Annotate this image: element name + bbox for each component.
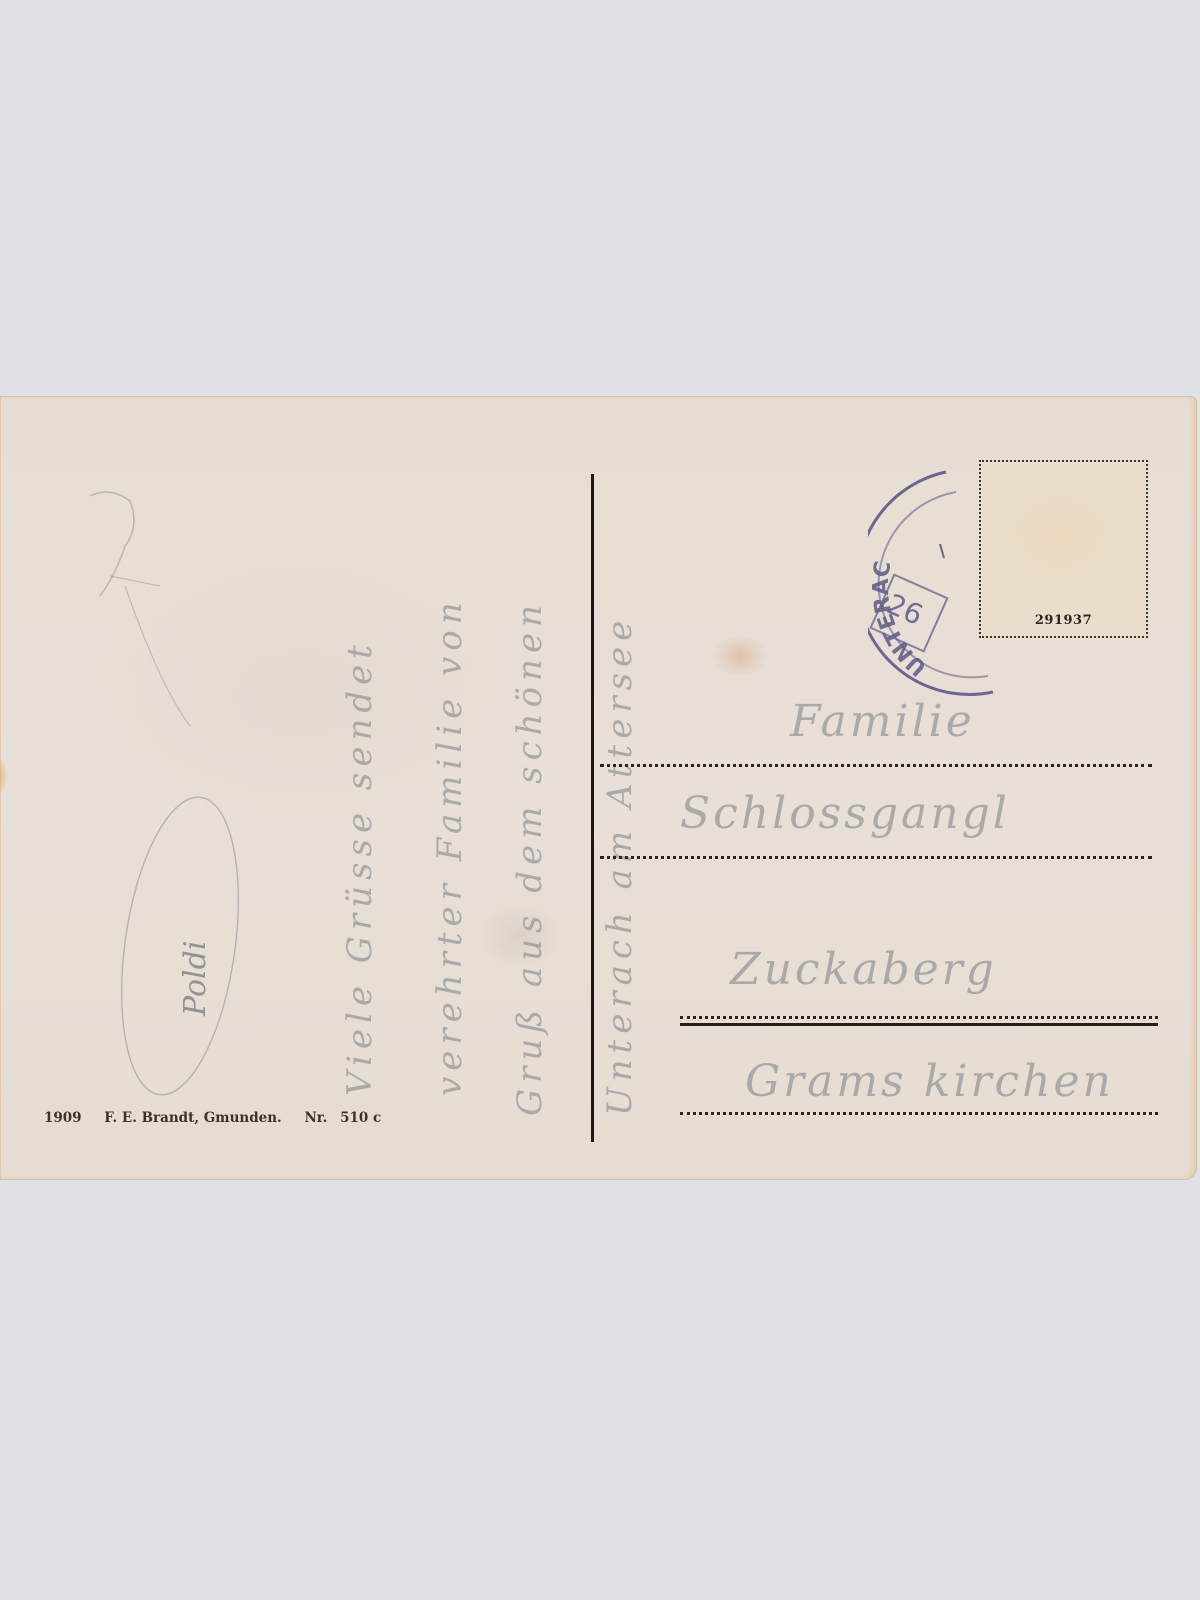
imprint-number-label: Nr.	[304, 1110, 327, 1126]
imprint-year: 1909	[44, 1110, 82, 1126]
message-line: verehrter Familie von	[430, 596, 470, 1096]
address-line-1-handwriting: Familie	[790, 696, 975, 747]
imprint-number: 510 c	[340, 1110, 381, 1126]
address-line-4-handwriting: Grams kirchen	[745, 1056, 1114, 1107]
message-line: Viele Grüsse sendet	[340, 639, 380, 1096]
message-line: Gruß aus dem schönen	[510, 599, 550, 1116]
imprint-publisher: F. E. Brandt, Gmunden.	[104, 1110, 281, 1126]
center-divider-line	[591, 474, 594, 1142]
publisher-imprint: 1909 F. E. Brandt, Gmunden. Nr. 510 c	[44, 1110, 399, 1126]
stamp-box-serial: 291937	[981, 613, 1146, 628]
address-underline-solid	[680, 1023, 1158, 1026]
address-line-3	[680, 1016, 1158, 1019]
postcard-back: Viele Grüsse sendet verehrter Familie vo…	[0, 396, 1197, 1180]
address-line-3-handwriting: Zuckaberg	[730, 944, 997, 995]
address-line-4	[680, 1112, 1158, 1115]
stamp-placement-box: 291937	[979, 460, 1148, 638]
address-line-2-handwriting: Schlossgangl	[680, 788, 1010, 839]
signature: Poldi	[178, 941, 213, 1016]
message-line: Unterach am Attersee	[600, 615, 640, 1116]
address-line-2	[600, 856, 1152, 859]
message-area: Viele Grüsse sendet verehrter Familie vo…	[90, 456, 570, 1136]
address-line-1	[600, 764, 1152, 767]
